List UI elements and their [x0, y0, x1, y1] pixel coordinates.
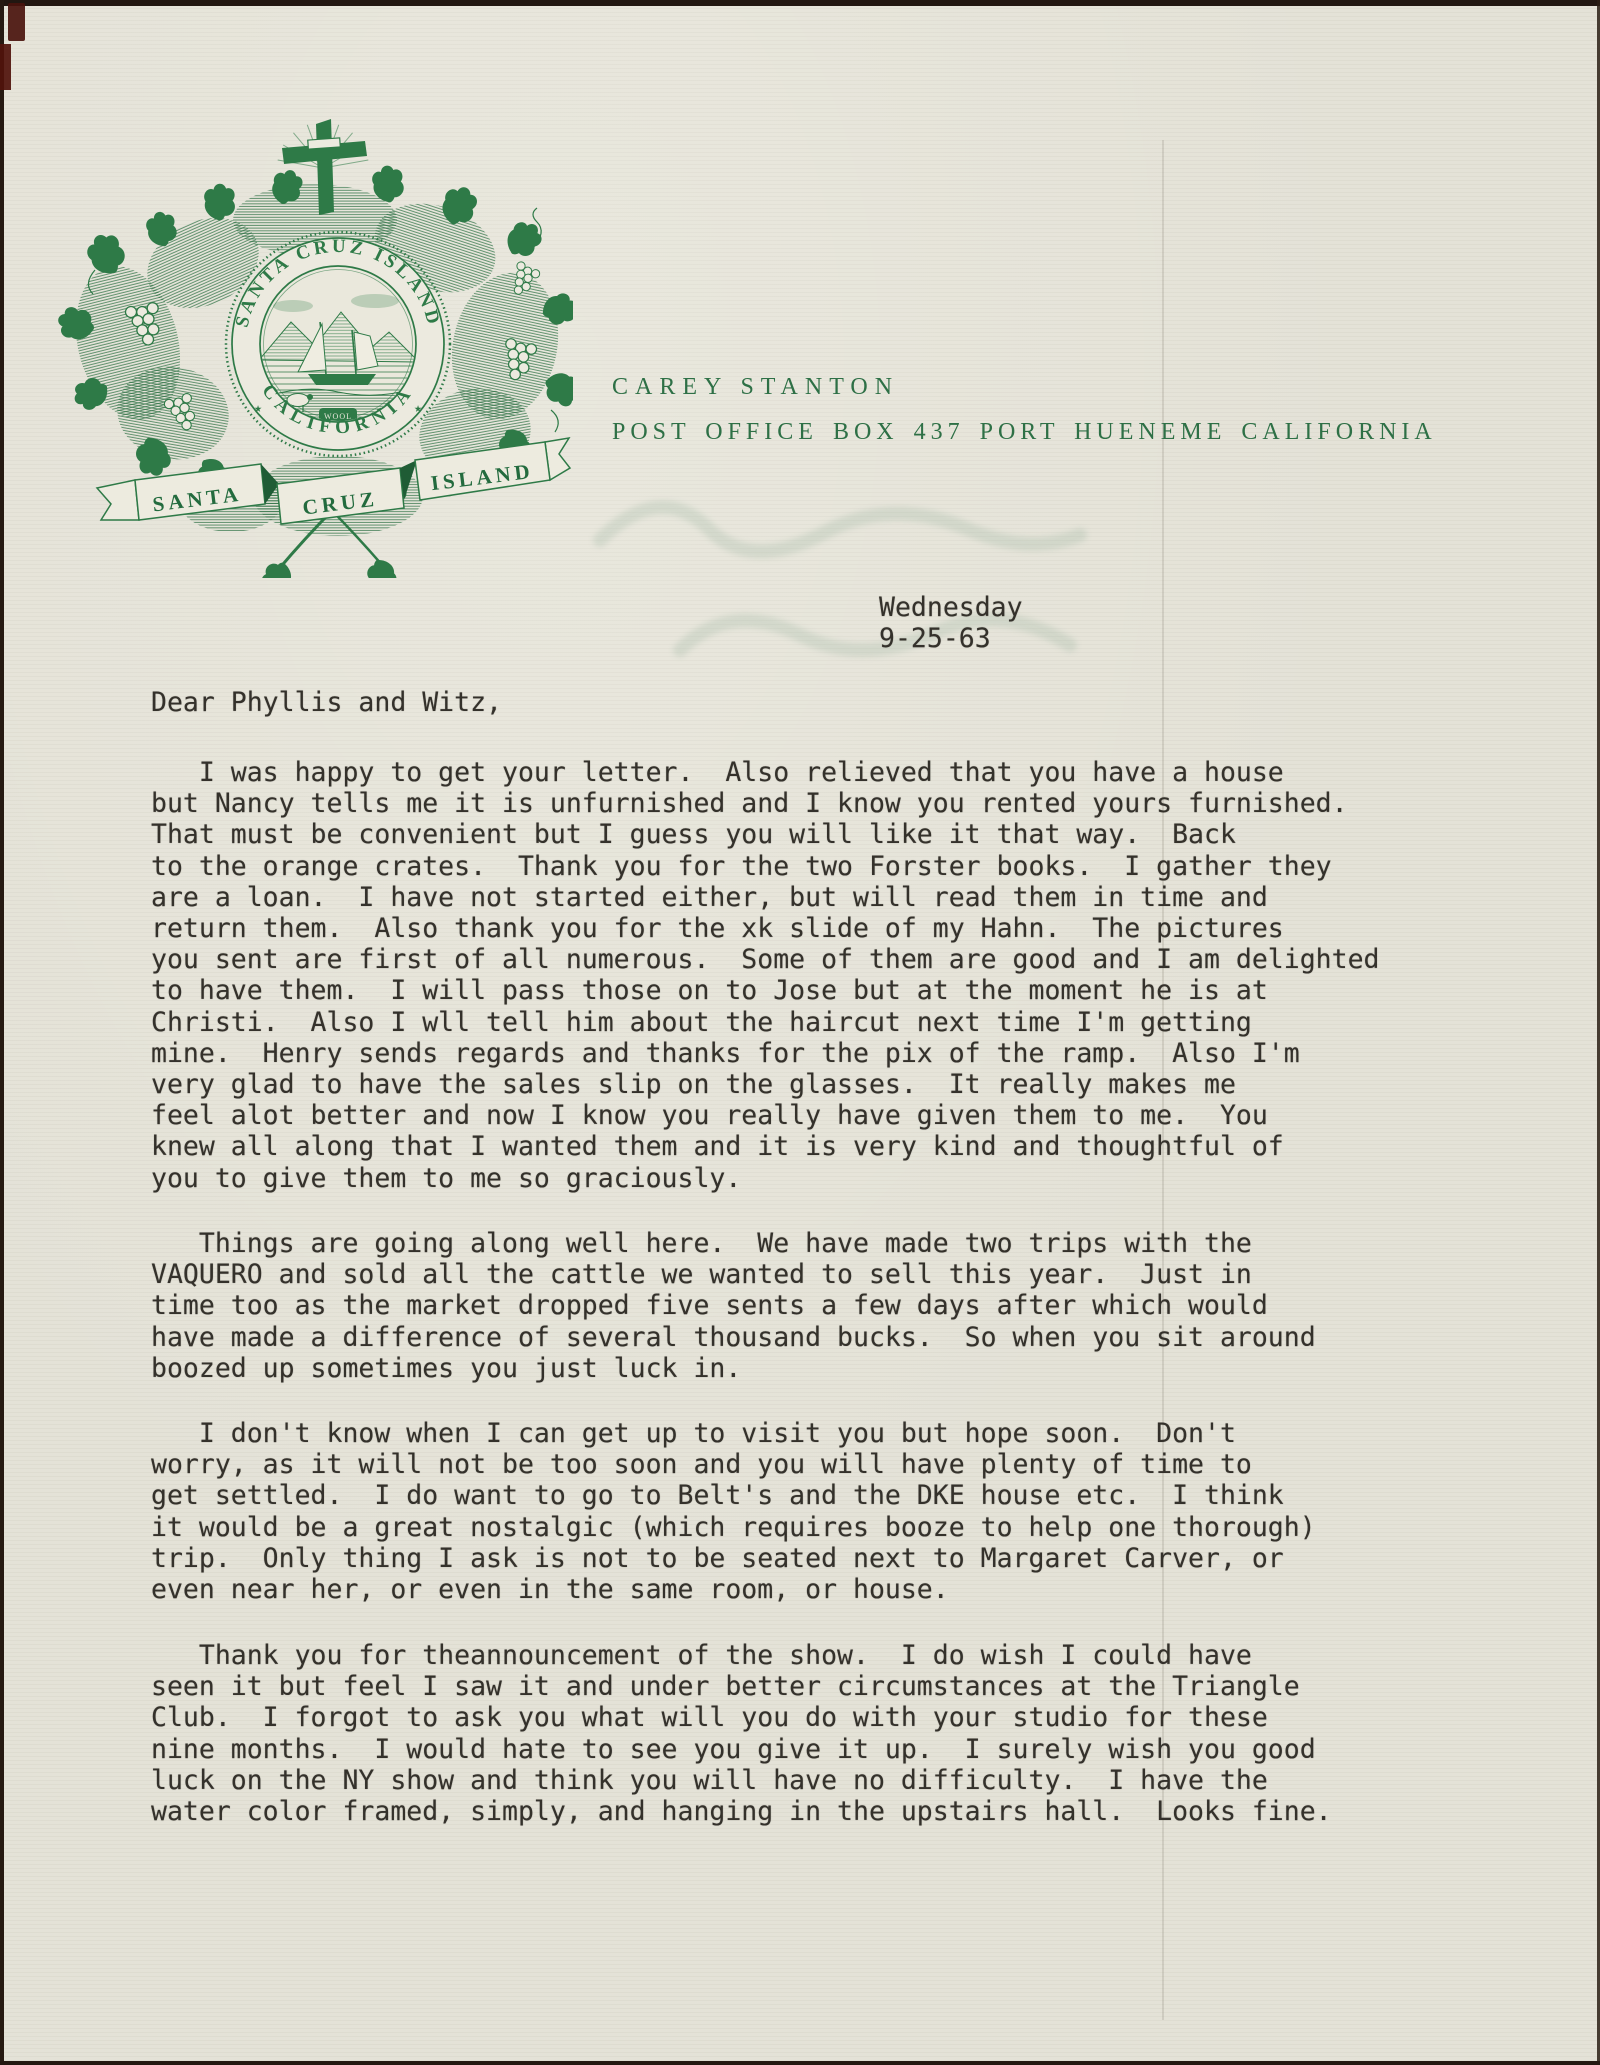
sender-name: CAREY STANTON: [612, 374, 899, 401]
scan-corner-mark: [0, 44, 11, 90]
letter-paragraph: Thank you for theannouncement of the sho…: [151, 1640, 1332, 1827]
scan-edge-top: [0, 0, 1600, 6]
santa-cruz-island-seal: WOOL SANTA CRUZ ISLAND CALIFORNIA ★ ★: [53, 108, 573, 578]
salutation: Dear Phyllis and Witz,: [151, 687, 502, 718]
sender-address: POST OFFICE BOX 437 PORT HUENEME CALIFOR…: [612, 419, 1437, 446]
date-numeric: 9-25-63: [879, 623, 1023, 654]
letter-page: WOOL SANTA CRUZ ISLAND CALIFORNIA ★ ★: [0, 0, 1600, 2065]
letter-paragraph: Things are going along well here. We hav…: [151, 1228, 1316, 1384]
date-day: Wednesday: [879, 592, 1023, 623]
letter-paragraph: I was happy to get your letter. Also rel…: [151, 757, 1380, 1194]
bleed-through-ghost: [560, 460, 1120, 730]
star-icon: ★: [254, 401, 262, 416]
letter-paragraph: I don't know when I can get up to visit …: [151, 1418, 1316, 1605]
scan-corner-mark: [8, 3, 25, 41]
date-block: Wednesday 9-25-63: [879, 592, 1023, 654]
scan-edge-bottom: [0, 2061, 1600, 2065]
scan-edge-left: [0, 0, 4, 2065]
star-icon: ★: [414, 401, 422, 416]
